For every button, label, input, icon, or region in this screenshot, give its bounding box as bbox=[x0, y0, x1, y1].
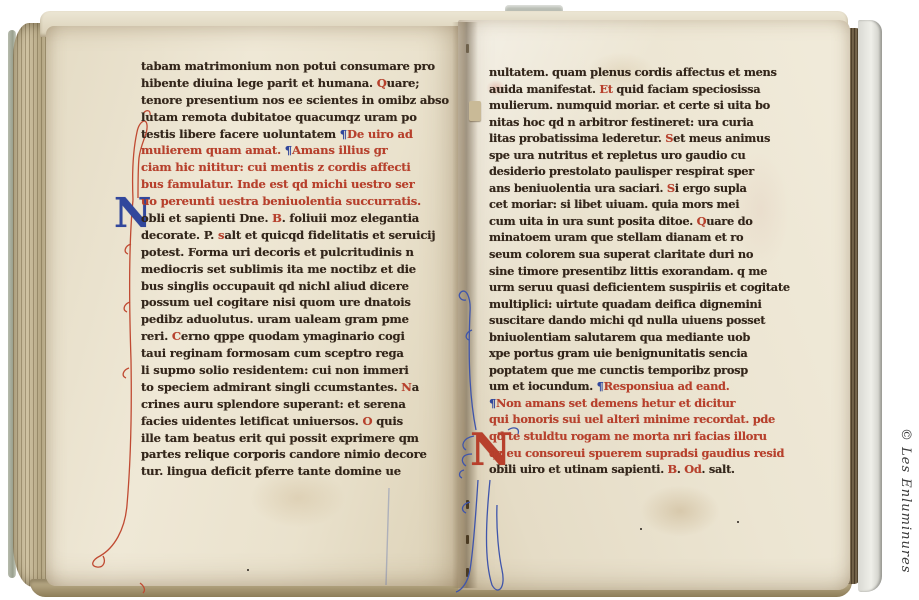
manuscript-text-line: partes relique corporis candore nimio de… bbox=[141, 446, 455, 463]
sewing-stitch bbox=[466, 44, 469, 53]
manuscript-text-line: reri. Cerno qppe quodam ymaginario cogi bbox=[141, 328, 455, 345]
manuscript-text-line: mediocris set sublimis ita me noctibz et… bbox=[141, 261, 455, 278]
photo-credit: © Les Enluminures bbox=[898, 428, 913, 598]
manuscript-text-line: lutam remota dubitatoe quacumqz uram po bbox=[141, 109, 455, 126]
ink-speck bbox=[737, 521, 739, 523]
manuscript-text-line: auida manifestat. Et quid faciam specios… bbox=[489, 81, 809, 98]
left-page-text-block: tabam matrimonium non potui consumare pr… bbox=[141, 58, 455, 480]
manuscript-text-line: multiplici: uirtute quadam deifica digne… bbox=[489, 296, 809, 313]
manuscript-text-line: tabam matrimonium non potui consumare pr… bbox=[141, 58, 455, 75]
manuscript-text-line: tur. lingua deficit pferre tante domine … bbox=[141, 463, 455, 480]
ink-speck bbox=[640, 528, 642, 530]
manuscript-text-line: li supmo solio residentem: cui non immer… bbox=[141, 362, 455, 379]
manuscript-text-line: potest. Forma uri decoris et pulcritudin… bbox=[141, 244, 455, 261]
manuscript-text-line: mulierum. numquid moriar. et certe si ui… bbox=[489, 97, 809, 114]
sewing-stitch bbox=[466, 568, 469, 577]
manuscript-text-line: hibente diuina lege parit et humana. Qua… bbox=[141, 75, 455, 92]
sewing-stitch bbox=[466, 500, 469, 509]
manuscript-text-line: bus famulatur. Inde est qd michi uestro … bbox=[141, 176, 455, 193]
manuscript-text-line: urm seruu quasi deficientem suspiriis et… bbox=[489, 279, 809, 296]
manuscript-text-line: suscitare dando michi qd nulla uiuens po… bbox=[489, 312, 809, 329]
manuscript-text-line: bniuolentiam salutarem qua mediante uob bbox=[489, 329, 809, 346]
ink-speck bbox=[247, 569, 249, 571]
manuscript-photo: N N tabam matrimonium non potui consumar… bbox=[0, 0, 919, 600]
manuscript-text-line: nultatem. quam plenus cordis affectus et… bbox=[489, 64, 809, 81]
cover-board-right bbox=[858, 20, 882, 592]
manuscript-text-line: ¶Non amans set demens hetur et dicitur bbox=[489, 395, 809, 412]
manuscript-text-line: ille tam beatus erit qui possit exprimer… bbox=[141, 430, 455, 447]
manuscript-text-line: ciam hic nititur: cui mentis z cordis af… bbox=[141, 159, 455, 176]
manuscript-text-line: cum uita in ura sunt posita ditoe. Quare… bbox=[489, 213, 809, 230]
manuscript-text-line: cet moriar: si libet uiuam. quia mors me… bbox=[489, 196, 809, 213]
manuscript-text-line: uo pereunti uestra beniuolentia succurra… bbox=[141, 193, 455, 210]
manuscript-text-line: qz eu consoreui spuerem supradsi gaudius… bbox=[489, 445, 809, 462]
manuscript-text-line: xpe portus gram uie benignunitatis senci… bbox=[489, 345, 809, 362]
manuscript-text-line: desiderio prestolato paulisper respirat … bbox=[489, 163, 809, 180]
manuscript-text-line: bus singlis occupauit qd nichl aliud dic… bbox=[141, 278, 455, 295]
gutter-repair-tab bbox=[469, 101, 481, 121]
manuscript-text-line: pedibz aduolutus. uram ualeam gram pme bbox=[141, 311, 455, 328]
manuscript-text-line: obli et sapienti Dne. B. foliuii moz ele… bbox=[141, 210, 455, 227]
manuscript-text-line: sine timore presentibz littis exorandam.… bbox=[489, 263, 809, 280]
manuscript-text-line: decorate. P. salt et quicqd fidelitatis … bbox=[141, 227, 455, 244]
manuscript-text-line: possum uel cogitare nisi quom ure dnatoi… bbox=[141, 294, 455, 311]
manuscript-text-line: spe ura nutritus et repletus uro gaudio … bbox=[489, 147, 809, 164]
manuscript-text-line: obili uiro et utinam sapienti. B. Od. sa… bbox=[489, 461, 809, 478]
manuscript-text-line: seum colorem sua superat claritate duri … bbox=[489, 246, 809, 263]
manuscript-text-line: facies uidentes letificat uniuersos. O q… bbox=[141, 413, 455, 430]
manuscript-text-line: testis libere facere uoluntatem ¶De uiro… bbox=[141, 126, 455, 143]
manuscript-text-line: ans beniuolentia ura saciari. Si ergo su… bbox=[489, 180, 809, 197]
manuscript-text-line: qd te stuldtu rogam ne morta nri facias … bbox=[489, 428, 809, 445]
manuscript-text-line: litas probatissima lederetur. Set meus a… bbox=[489, 130, 809, 147]
manuscript-text-line: minatoem uram que stellam dianam et ro bbox=[489, 229, 809, 246]
manuscript-text-line: mulierem quam amat. ¶Amans illius gr bbox=[141, 142, 455, 159]
right-page-text-block: nultatem. quam plenus cordis affectus et… bbox=[489, 64, 809, 478]
sewing-stitch bbox=[466, 535, 469, 544]
manuscript-text-line: poptatem que me cunctis temporibz prosp bbox=[489, 362, 809, 379]
manuscript-text-line: um et iocundum. ¶Responsiua ad eand. bbox=[489, 378, 809, 395]
manuscript-text-line: crines auru splendore superant: et seren… bbox=[141, 396, 455, 413]
manuscript-text-line: taui reginam formosam cum sceptro rega bbox=[141, 345, 455, 362]
manuscript-text-line: to speciem admirant singli ccumstantes. … bbox=[141, 379, 455, 396]
manuscript-text-line: tenore presentium nos ee scientes in omi… bbox=[141, 92, 455, 109]
manuscript-text-line: qui honoris sui uel alteri minime record… bbox=[489, 411, 809, 428]
manuscript-text-line: nitas hoc qd n arbitror festineret: ura … bbox=[489, 114, 809, 131]
